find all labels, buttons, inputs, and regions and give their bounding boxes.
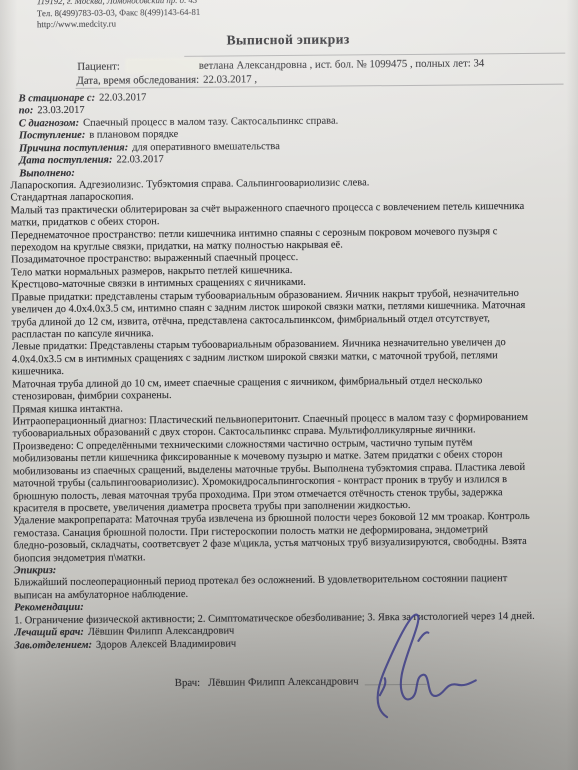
body-line-label: Рекомендации: (14, 602, 88, 614)
patient-value: ветлана Александровна , ист. бол. № 1099… (199, 57, 485, 71)
doctor-label: Врач: (175, 677, 200, 689)
clinic-website: http://www.medcity.ru (37, 18, 200, 31)
exam-date-label: Дата, время обследования: (76, 73, 199, 86)
body-line-label: Поступление: (19, 130, 89, 142)
body-line-label: по: (19, 106, 38, 117)
body-line-label: В стационаре с: (19, 93, 100, 105)
body-line-label: Зав.отделением: (14, 639, 96, 651)
handwritten-signature (356, 606, 479, 723)
clinic-contact-block: 119192, г. Москва, Ломоносовский пр. д. … (37, 0, 201, 31)
doctor-name: Лёвшин Филипп Александрович (208, 675, 359, 688)
exam-date-value: 22.03.2017 , (199, 73, 257, 86)
clinic-phone: Тел. 8(499)783-03-03, Факс 8(499)143-64-… (37, 6, 200, 19)
body-line-label: Эпикриз: (14, 565, 61, 576)
body-line-label: Причина поступления: (19, 142, 132, 154)
document-title: Выписной эпикриз (0, 29, 577, 50)
redacted-name-gap (120, 69, 199, 70)
exam-date-row: Дата, время обследования:22.03.2017 , (76, 73, 257, 87)
body-line-label: Выполнено: (19, 167, 79, 179)
document-photo: 119192, г. Москва, Ломоносовский пр. д. … (0, 0, 578, 770)
report-body: В стационаре с:22.03.2017по:23.03.2017С … (10, 88, 578, 652)
patient-label: Пациент: (77, 60, 120, 72)
patient-row: Пациент:ветлана Александровна , ист. бол… (77, 57, 484, 73)
divider-line-top (184, 53, 565, 57)
body-line-label: С диагнозом: (19, 118, 83, 130)
body-line-label: Дата поступления: (19, 155, 116, 167)
body-line-label: Лечащий врач: (14, 627, 88, 639)
